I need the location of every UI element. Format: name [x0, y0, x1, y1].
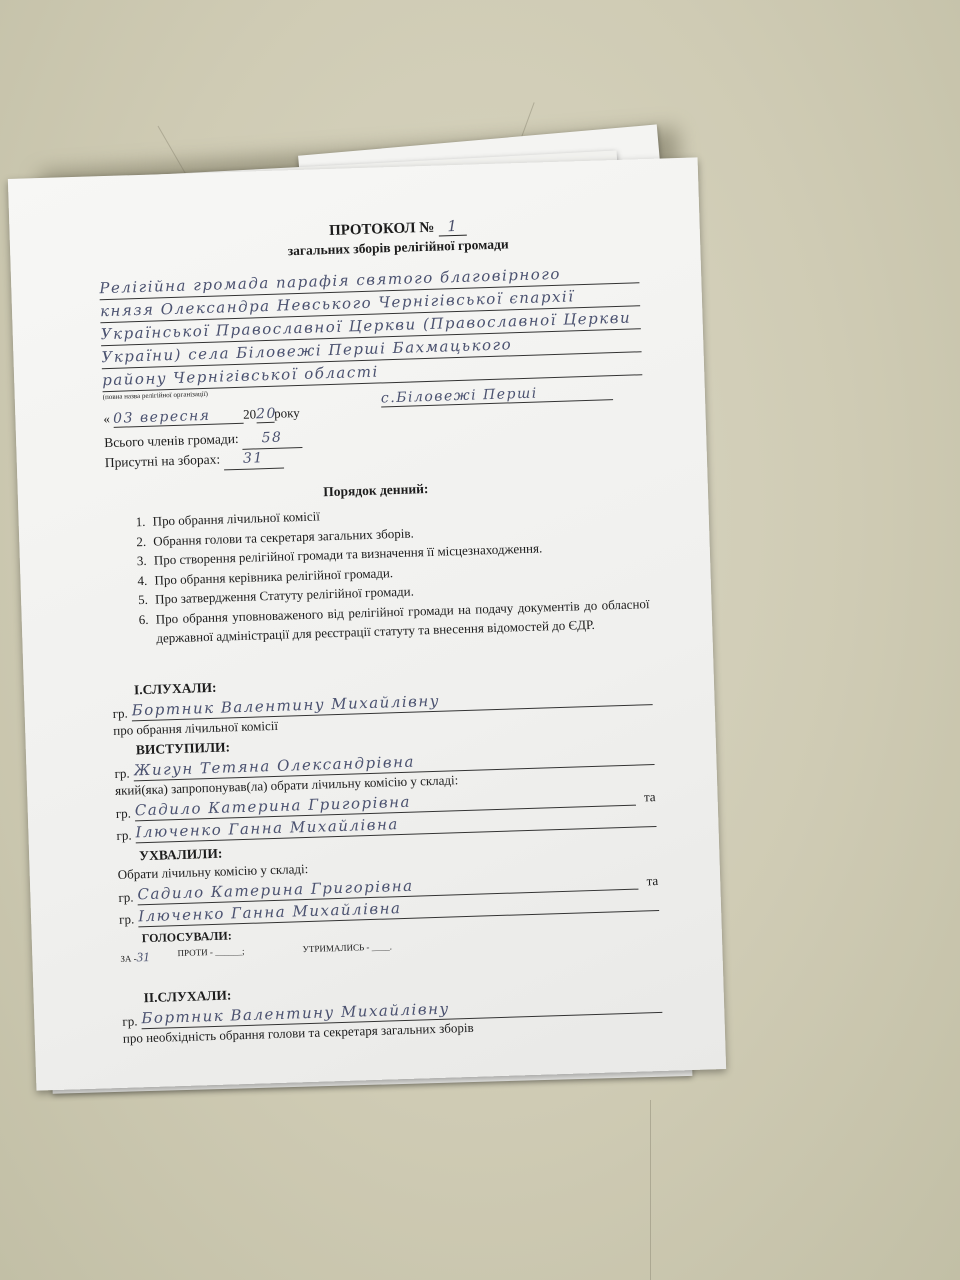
vote-abstained: УТРИМАЛИСЬ - ____. [302, 941, 392, 960]
vote-abstained-label: УТРИМАЛИСЬ - [302, 942, 369, 954]
date-year-word: року [274, 405, 300, 421]
protocol-page: ПРОТОКОЛ № 1 загальних зборів релігійної… [8, 157, 726, 1090]
title-text: ПРОТОКОЛ № [329, 220, 435, 239]
date-year-prefix: 20 [243, 406, 256, 421]
date-day: 03 [113, 410, 134, 427]
gr-label: гр. [118, 889, 134, 905]
gr-label: гр. [116, 827, 132, 843]
present-value: 31 [223, 448, 284, 471]
vote-against: ПРОТИ - ______; [177, 946, 245, 964]
gr-label: гр. [114, 765, 130, 781]
date-month: вересня [140, 408, 211, 426]
protocol-number: 1 [438, 217, 467, 237]
and-label: та [644, 789, 656, 805]
organization-name: Релігійна громада парафія святого благов… [99, 260, 642, 392]
vote-for: ЗА -31 [120, 948, 150, 965]
present-label: Присутні на зборах: [105, 452, 221, 471]
vote-against-label: ПРОТИ - [177, 947, 213, 958]
date-quote: « [103, 411, 110, 426]
gr-label: гр. [122, 1013, 138, 1029]
gr-label: гр. [112, 705, 128, 721]
agenda-list: Про обрання лічильної комісії Обрання го… [106, 496, 650, 649]
date-day-month: 03 вересня [113, 407, 243, 428]
gr-label: гр. [119, 911, 135, 927]
gr-label: гр. [116, 805, 132, 821]
and-label: та [646, 872, 658, 888]
date-year-suffix: 20 [256, 406, 275, 424]
members-total-label: Всього членів громади: [104, 431, 239, 450]
vote-for-label: ЗА - [120, 953, 137, 964]
vote-for-value: 31 [136, 948, 149, 963]
members-total-value: 58 [242, 427, 303, 450]
